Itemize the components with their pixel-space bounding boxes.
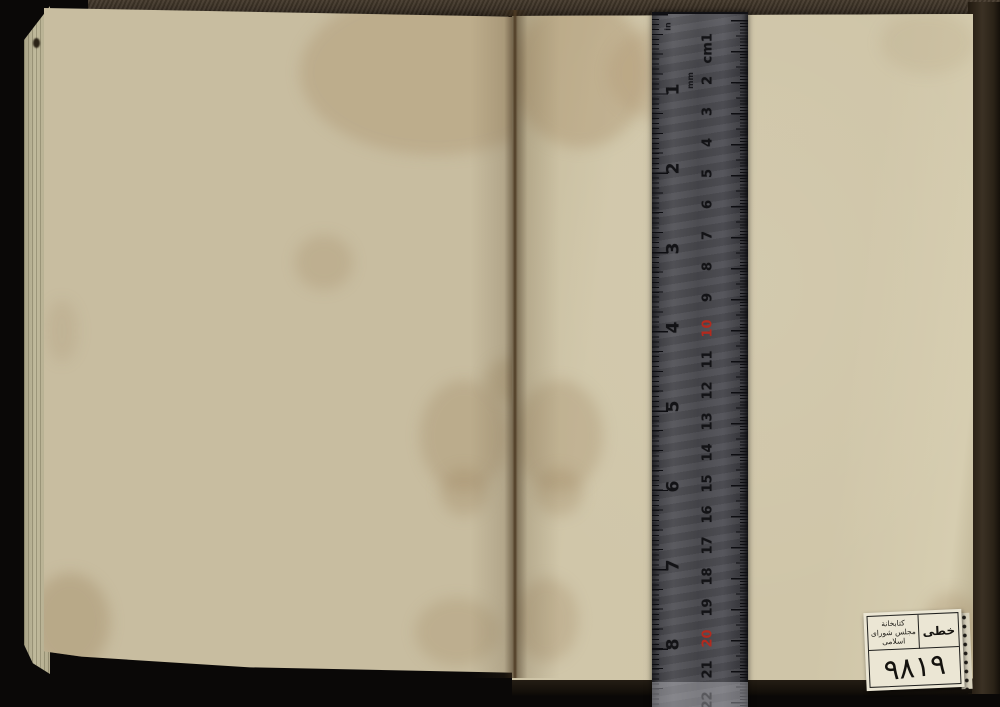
ruler-cm-label-14: 14: [702, 439, 715, 467]
ruler-cm-label-4: 4: [702, 129, 715, 157]
ruler-inch-label-5: 5: [666, 393, 683, 421]
label-library-line: اسلامى: [868, 636, 919, 647]
water-stain: [415, 598, 499, 666]
ruler-cm-label-13: 13: [702, 408, 715, 436]
water-stain: [440, 468, 488, 516]
ruler-cm-label-2: 2: [702, 67, 715, 95]
water-stain: [295, 235, 353, 290]
ruler-inch-label-6: 6: [666, 472, 683, 500]
water-stain: [300, 8, 512, 155]
ruler-cm-label-20: 20: [702, 625, 715, 653]
ruler-lower-reflection: [652, 682, 748, 707]
ruler-inch-label-2: 2: [666, 155, 683, 183]
ruler-cm-label-8: 8: [702, 253, 715, 281]
water-stain: [44, 573, 110, 671]
ruler-cm-label-3: 3: [702, 98, 715, 126]
ruler-cm-label-16: 16: [702, 501, 715, 529]
ruler-inch-label-8: 8: [666, 631, 683, 659]
ruler-inch-label-3: 3: [666, 234, 683, 262]
ruler-inch-label-1: 1: [666, 76, 683, 104]
ruler-cm-label-9: 9: [702, 284, 715, 312]
ruler-cm-label-17: 17: [702, 532, 715, 560]
label-type-cell: خطى: [919, 613, 959, 649]
label-library-name: كتابخانة مجلس شوراى اسلامى: [868, 615, 921, 651]
ruler-cm-label-11: 11: [702, 346, 715, 374]
water-stain: [535, 468, 583, 516]
ruler-mm-unit-label: mm: [686, 72, 695, 89]
ruler-in-unit-label: in: [664, 22, 673, 30]
library-label-frame: كتابخانة مجلس شوراى اسلامى خطى ۹۸۱۹: [866, 612, 961, 688]
ruler-inch-tick-marks: [652, 14, 668, 707]
ruler-cm-label-5: 5: [702, 160, 715, 188]
water-stain: [880, 12, 973, 74]
ruler-cm-label-15: 15: [702, 470, 715, 498]
ruler-inch-label-7: 7: [666, 551, 683, 579]
water-stain: [46, 300, 78, 362]
ruler-cm-label-19: 19: [702, 594, 715, 622]
ruler-cm-label-10: 10: [702, 315, 715, 343]
ruler-cm-label-6: 6: [702, 191, 715, 219]
ruler-cm-tick-marks: [731, 14, 748, 707]
ruler-cm-label-1: cm1: [702, 36, 715, 64]
book-photograph: in mm 12345678 cm12345678910111213141516…: [0, 0, 1000, 707]
ruler-cm-label-12: 12: [702, 377, 715, 405]
ruler-cm-label-7: 7: [702, 222, 715, 250]
worm-hole: [33, 38, 40, 48]
left-page: [44, 8, 512, 674]
ruler-cm-label-21: 21: [702, 656, 715, 684]
water-stain: [516, 578, 578, 662]
ruler-cm-label-18: 18: [702, 563, 715, 591]
library-label: كتابخانة مجلس شوراى اسلامى خطى ۹۸۱۹: [863, 609, 964, 691]
ruler-inch-label-4: 4: [666, 313, 683, 341]
ruler: in mm 12345678 cm12345678910111213141516…: [652, 12, 748, 707]
label-call-number: ۹۸۱۹: [869, 644, 961, 690]
